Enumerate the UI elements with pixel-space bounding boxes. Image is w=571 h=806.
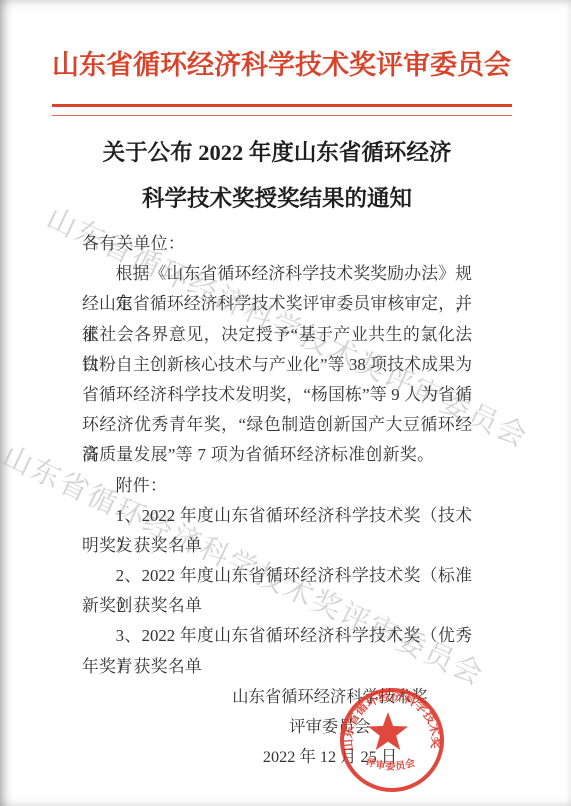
- attachment-item-3-line-2: 年奖）获奖名单: [82, 652, 472, 682]
- svg-text:评审委员会: 评审委员会: [364, 755, 417, 773]
- seal-bottom-text: 评审委员会: [364, 755, 417, 773]
- attachment-label: 附件：: [82, 471, 472, 501]
- attachment-item-1-line-2: 明奖）获奖名单: [82, 531, 472, 561]
- letterhead-title: 山东省循环经济科学技术奖评审委员会: [0, 43, 567, 82]
- body-line-3: 求社会各界意见，决定授予“基于产业共生的氯化法钛: [82, 320, 472, 350]
- body-line-2: 经山东省循环经济科学技术奖评审委员审核审定，并征: [82, 289, 472, 319]
- official-seal: 山东省循环经济科学技术奖 评审委员会: [332, 680, 452, 800]
- body-line-7: 高质量发展”等 7 项为省循环经济标准创新奖。: [82, 440, 472, 470]
- seal-star-icon: [368, 712, 408, 750]
- attachment-item-1-line-1: 1、2022 年度山东省循环经济科学技术奖（技术发: [82, 501, 472, 531]
- scanned-notice-page: 山东省循环经济科学技术奖评审委员会 山东省循环经济科学技术奖评审委员会 山东省循…: [0, 0, 571, 806]
- attachment-item-2-line-2: 新奖）获奖名单: [82, 591, 472, 621]
- body-line-1: 根据《山东省循环经济科学技术奖奖励办法》规定，: [82, 259, 472, 289]
- letterhead-divider-thick: [52, 104, 512, 107]
- attachment-item-3-line-1: 3、2022 年度山东省循环经济科学技术奖（优秀青: [82, 621, 472, 651]
- body-line-4: 白粉自主创新核心技术与产业化”等 38 项技术成果为: [82, 350, 472, 380]
- notice-title-line-2: 科学技术奖授奖结果的通知: [82, 184, 472, 214]
- body-line-5: 省循环经济科学技术发明奖，“杨国栋”等 9 人为省循: [82, 380, 472, 410]
- letterhead-divider-thin: [52, 115, 512, 116]
- body-line-6: 环经济优秀青年奖，“绿色制造创新国产大豆循环经济: [82, 410, 472, 440]
- notice-body: 各有关单位： 根据《山东省循环经济科学技术奖奖励办法》规定， 经山东省循环经济科…: [82, 229, 472, 682]
- attachment-item-2-line-1: 2、2022 年度山东省循环经济科学技术奖（标准创: [82, 561, 472, 591]
- salutation-line: 各有关单位：: [82, 229, 472, 259]
- notice-title-line-1: 关于公布 2022 年度山东省循环经济: [82, 138, 472, 168]
